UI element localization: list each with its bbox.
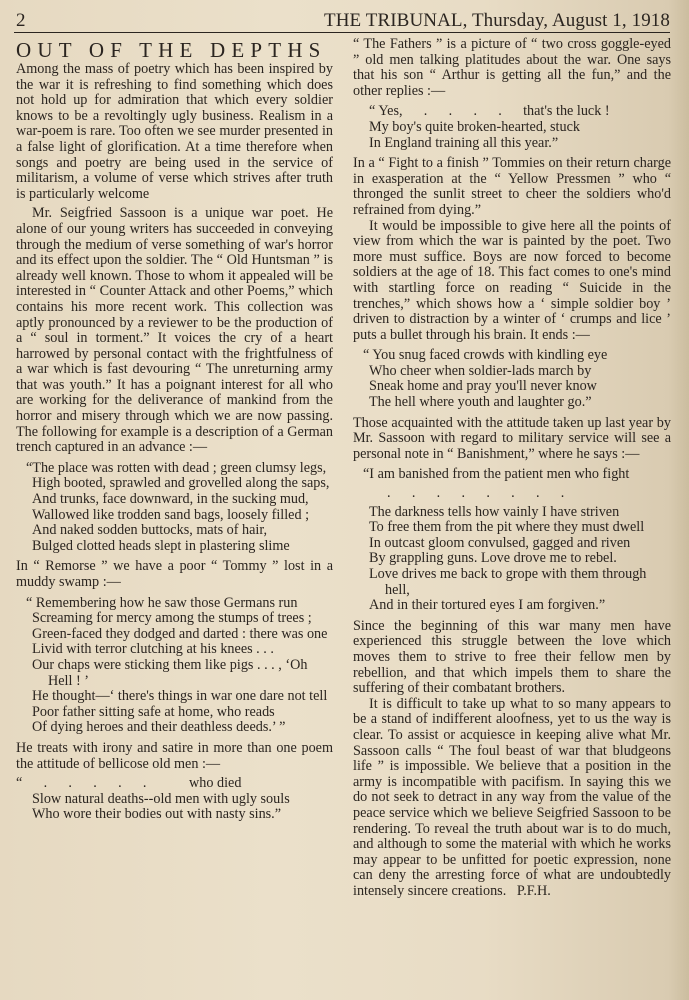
poem-line: And in their tortured eyes I am forgiven… — [353, 598, 671, 614]
poem-line: Poor father sitting safe at home, who re… — [16, 705, 333, 721]
paragraph: Mr. Seigfried Sassoon is a unique war po… — [16, 206, 333, 456]
poem-line: “I am banished from the patient men who … — [353, 467, 671, 483]
poem-line: Green-faced they dodged and darted : the… — [16, 627, 333, 643]
poem-line: “ Yes, . . . . that's the luck ! — [353, 104, 671, 120]
paragraph: He treats with irony and satire in more … — [16, 741, 333, 772]
paragraph: It is difficult to take up what to so ma… — [353, 697, 671, 900]
paragraph: “ The Fathers ” is a picture of “ two cr… — [353, 37, 671, 99]
paragraph: Those acquainted with the attitude taken… — [353, 416, 671, 463]
poem-line: Love drives me back to grope with them t… — [353, 567, 671, 598]
right-column: “ The Fathers ” is a picture of “ two cr… — [353, 37, 671, 899]
newspaper-title: THE TRIBUNAL, Thursday, August 1, 1918 — [324, 10, 670, 32]
paragraph-text: It is difficult to take up what to so ma… — [353, 696, 671, 899]
poem-line: Wallowed like trodden sand bags, loosely… — [16, 508, 333, 524]
poem-quote: “ Yes, . . . . that's the luck ! My boy'… — [353, 104, 671, 151]
poem-line: And trunks, face downward, in the suckin… — [16, 492, 333, 508]
page-number: 2 — [14, 10, 26, 32]
poem-quote: “ Remembering how he saw those Germans r… — [16, 596, 333, 736]
poem-line: Who cheer when soldier-lads march by — [353, 364, 671, 380]
paragraph: Since the beginning of this war many men… — [353, 619, 671, 697]
poem-line: The darkness tells how vainly I have str… — [353, 505, 671, 521]
poem-line: Who wore their bodies out with nasty sin… — [16, 807, 333, 823]
poem-line: “ You snug faced crowds with kindling ey… — [353, 348, 671, 364]
poem-quote: “I am banished from the patient men who … — [353, 467, 671, 613]
poem-quote: “ . . . . . who died Slow natural deaths… — [16, 776, 333, 823]
poem-line: Slow natural deaths--old men with ugly s… — [16, 792, 333, 808]
poem-line: Screaming for mercy among the stumps of … — [16, 611, 333, 627]
poem-line: Our chaps were sticking them like pigs .… — [16, 658, 333, 689]
poem-line: To free them from the pit where they mus… — [353, 520, 671, 536]
poem-quote: “The place was rotten with dead ; green … — [16, 461, 333, 555]
poem-line: “The place was rotten with dead ; green … — [16, 461, 333, 477]
ellipsis-line: . . . . . . . . — [353, 486, 671, 502]
poem-quote: “ You snug faced crowds with kindling ey… — [353, 348, 671, 410]
paragraph: In “ Remorse ” we have a poor “ Tommy ” … — [16, 559, 333, 590]
left-column: OUT OF THE DEPTHS Among the mass of poet… — [16, 37, 333, 828]
poem-line: Bulged clotted heads slept in plastering… — [16, 539, 333, 555]
poem-line: My boy's quite broken-hearted, stuck — [353, 120, 671, 136]
poem-line: Sneak home and pray you'll never know — [353, 379, 671, 395]
poem-line: The hell where youth and laughter go.” — [353, 395, 671, 411]
poem-line: “ Remembering how he saw those Germans r… — [16, 596, 333, 612]
poem-line: In England training all this year.” — [353, 136, 671, 152]
poem-line: In outcast gloom convulsed, gagged and r… — [353, 536, 671, 552]
poem-line: High booted, sprawled and grovelled alon… — [16, 476, 333, 492]
article-headline: OUT OF THE DEPTHS — [16, 39, 333, 61]
paragraph: It would be impossible to give here all … — [353, 219, 671, 344]
poem-line: Of dying heroes and their deathless deed… — [16, 720, 333, 736]
paragraph: In a “ Fight to a finish ” Tommies on th… — [353, 156, 671, 218]
paragraph: Among the mass of poetry which has been … — [16, 62, 333, 202]
poem-line: Livid with terror clutching at his knees… — [16, 642, 333, 658]
poem-line: And naked sodden buttocks, mats of hair, — [16, 523, 333, 539]
author-signature: P.F.H. — [517, 883, 551, 899]
poem-line: By grappling guns. Love drove me to rebe… — [353, 551, 671, 567]
ellipsis-line: “ . . . . . who died — [16, 776, 333, 792]
poem-line: He thought—‘ there's things in war one d… — [16, 689, 333, 705]
masthead: 2 THE TRIBUNAL, Thursday, August 1, 1918 — [14, 8, 670, 33]
